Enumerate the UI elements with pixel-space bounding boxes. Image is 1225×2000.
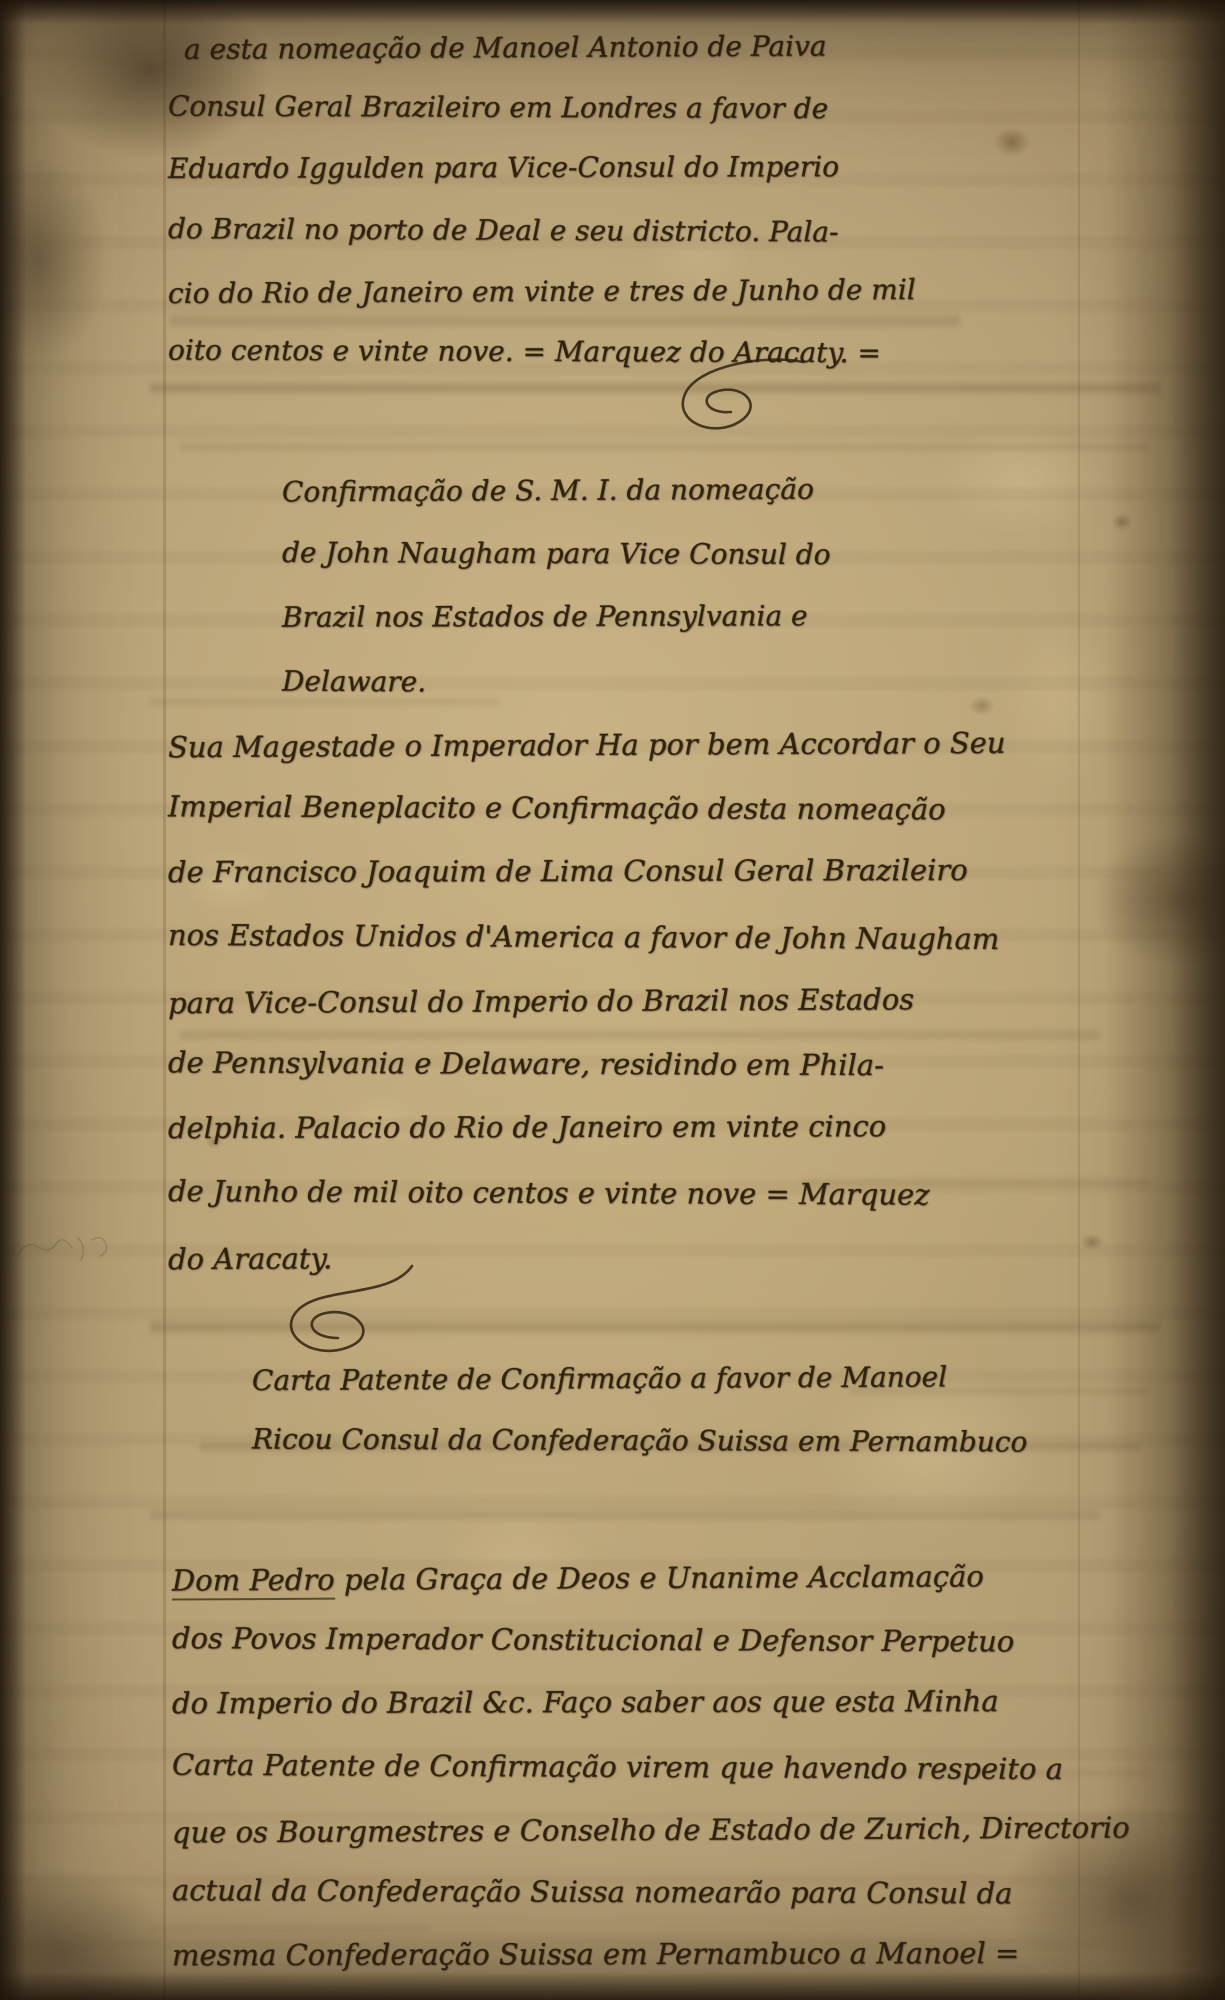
manuscript-line: Delaware. (282, 650, 831, 717)
manuscript-line: de John Naugham para Vice Consul do (282, 521, 831, 587)
manuscript-line: oito centos e vinte nove. = Marquez do A… (168, 320, 916, 384)
showthrough-streak (150, 1508, 1100, 1522)
manuscript-line: para Vice-Consul do Imperio do Brazil no… (168, 967, 1006, 1035)
manuscript-page: a esta nomeação de Manoel Antonio de Pai… (0, 0, 1225, 2000)
manuscript-line: do Brazil no porto de Deal e seu distric… (168, 198, 916, 263)
manuscript-line: Dom Pedro pela Graça de Deos e Unanime A… (172, 1544, 1130, 1612)
manuscript-line: Imperial Beneplacito e Confirmação desta… (168, 774, 1006, 841)
manuscript-line: do Aracaty. (168, 1223, 1006, 1291)
manuscript-line: Ricou Consul da Confederação Suissa em P… (252, 1408, 1028, 1474)
manuscript-line: Confirmação de S. M. I. da nomeação (282, 458, 831, 525)
manuscript-line: a esta nomeação de Manoel Antonio de Pai… (168, 15, 916, 80)
manuscript-line: de Pennsylvania e Delaware, residindo em… (168, 1030, 1006, 1097)
manuscript-line: delphia. Palacio do Rio de Janeiro em vi… (168, 1094, 1006, 1160)
manuscript-line: Carta Patente de Confirmação a favor de … (252, 1345, 1028, 1412)
showthrough-streak (150, 1318, 1160, 1336)
manuscript-line-rest: pela Graça de Deos e Unanime Acclamação (335, 1559, 984, 1596)
pencil-marginalia (12, 1222, 122, 1270)
showthrough-streak (180, 441, 1150, 453)
manuscript-line: Carta Patente de Confirmação virem que h… (172, 1734, 1130, 1802)
entry-body: Sua Magestade o Imperador Ha por bem Acc… (168, 712, 1006, 1288)
entry-heading: Carta Patente de Confirmação a favor de … (252, 1346, 1027, 1472)
manuscript-line: actual da Confederação Suissa nomearão p… (172, 1859, 1130, 1926)
manuscript-line: Brazil nos Estados de Pennsylvania e (282, 584, 831, 649)
page-edge-shadow-left (0, 0, 26, 2000)
paragraph-continuation: a esta nomeação de Manoel Antonio de Pai… (168, 16, 916, 382)
manuscript-line: mesma Confederação Suissa em Pernambuco … (172, 1922, 1130, 1988)
underlined-invocation: Dom Pedro (172, 1563, 335, 1601)
manuscript-line: Eduardo Iggulden para Vice-Consul do Imp… (168, 136, 916, 199)
manuscript-line: Sua Magestade o Imperador Ha por bem Acc… (168, 711, 1006, 779)
entry-heading: Confirmação de S. M. I. da nomeação de J… (282, 458, 831, 714)
manuscript-line: cio do Rio de Janeiro em vinte e tres de… (168, 259, 916, 324)
page-crease (163, 0, 166, 2000)
manuscript-line: Consul Geral Brazileiro em Londres a fav… (168, 76, 916, 140)
manuscript-line: que os Bourgmestres e Conselho de Estado… (172, 1796, 1130, 1864)
manuscript-line: de Francisco Joaquim de Lima Consul Gera… (168, 838, 1006, 904)
manuscript-line: dos Povos Imperador Constitucional e Def… (172, 1607, 1130, 1674)
manuscript-line: nos Estados Unidos d'America a favor de … (168, 903, 1006, 971)
manuscript-line: de Junho de mil oito centos e vinte nove… (168, 1159, 1006, 1227)
entry-body: Dom Pedro pela Graça de Deos e Unanime A… (172, 1546, 1130, 1987)
manuscript-line: do Imperio do Brazil &c. Faço saber aos … (172, 1670, 1130, 1736)
